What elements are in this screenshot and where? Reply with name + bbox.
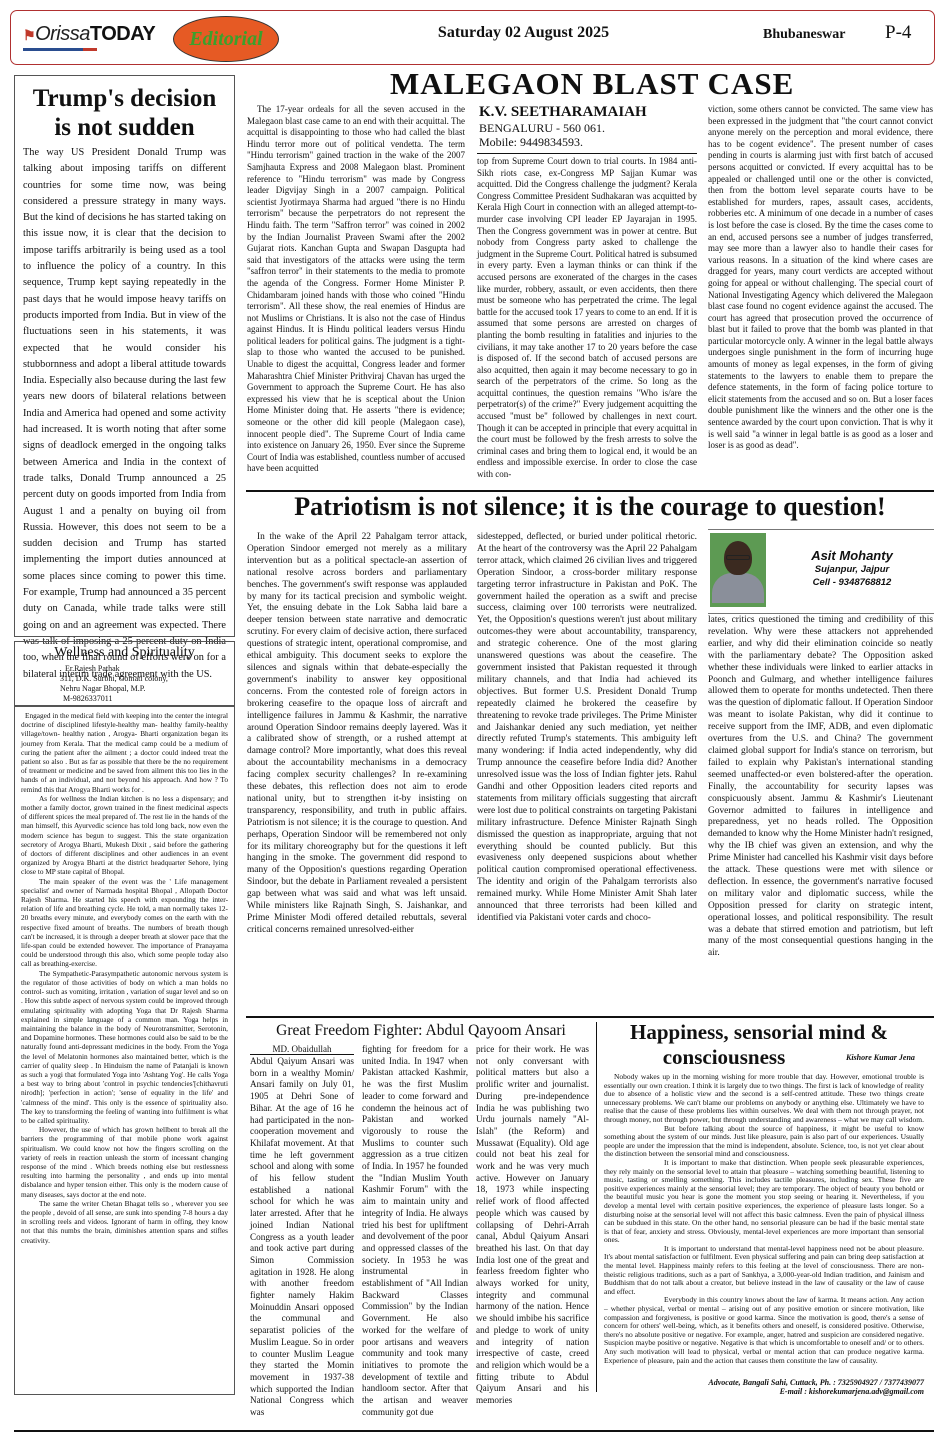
logo-underline [23, 48, 83, 51]
malegaon-author: K.V. SEETHARAMAIAH [477, 104, 697, 121]
malegaon-address: BENGALURU - 560 061. [477, 121, 697, 135]
patriotism-col-3: lates, critics questioned the timing and… [708, 615, 933, 960]
trump-body: The way US President Donald Trump was ta… [15, 142, 234, 683]
wellness-author: Er.Rajesh Pathak [60, 664, 234, 674]
editorial-badge: Editorial [173, 16, 279, 62]
author-divider [477, 153, 697, 154]
page-bottom-rule [14, 1430, 934, 1432]
author-box-top-rule [708, 529, 934, 530]
logo-underline-accent [83, 48, 97, 51]
malegaon-author-block: K.V. SEETHARAMAIAH BENGALURU - 560 061. … [477, 104, 697, 149]
page-number: P-4 [885, 22, 911, 44]
patriotism-headline: Patriotism is not silence; it is the cou… [246, 492, 934, 522]
ansari-col-1: Abdul Qaiyum Ansari was born in a wealth… [250, 1056, 354, 1419]
issue-date: Saturday 02 August 2025 [421, 24, 626, 42]
patriotism-author-block: Asit Mohanty Sujanpur, Jajpur Cell - 934… [772, 548, 932, 589]
wellness-body: Engaged in the medical field with keepin… [15, 707, 234, 1249]
malegaon-col-1: The 17-year ordeals for all the seven ac… [247, 104, 465, 475]
patriotism-author: Asit Mohanty [772, 548, 932, 563]
ansari-col-2: fighting for freedom for a united India.… [362, 1044, 468, 1419]
malegaon-col-3: viction, some others cannot be convicted… [708, 104, 933, 452]
author-photo [710, 533, 766, 607]
glasses-icon [726, 555, 750, 560]
malegaon-col-2: top from Supreme Court down to trial cou… [477, 156, 697, 481]
malegaon-mobile: Mobile: 9449834593. [477, 135, 697, 149]
ansari-col-3: price for their work. He was not only co… [476, 1044, 589, 1407]
newspaper-logo: ⚑OrissaTODAY [23, 23, 155, 46]
author-box-bottom-rule [708, 613, 934, 614]
wellness-headline: Wellness and Spirituality [15, 645, 234, 661]
happiness-contact: Advocate, Bangali Sahi, Cuttack, Ph. : 7… [604, 1378, 924, 1396]
happiness-headline: Happiness, sensorial mind & consciousnes… [604, 1020, 914, 1070]
happiness-author: Kishore Kumar Jena [846, 1053, 915, 1062]
trump-editorial-box: Trump's decision is not sudden The way U… [14, 75, 235, 637]
logo-flag-icon: ⚑ [23, 27, 35, 43]
happiness-body: Nobody wakes up in the morning wishing f… [604, 1073, 924, 1365]
section-divider-2 [246, 1016, 934, 1018]
wellness-body-box: Engaged in the medical field with keepin… [14, 706, 235, 1395]
masthead: ⚑OrissaTODAY Editorial Saturday 02 Augus… [10, 10, 935, 65]
malegaon-headline: MALEGAON BLAST CASE [390, 66, 790, 102]
patriotism-col-2: sidestepped, deflected, or buried under … [477, 532, 697, 925]
patriotism-col-1: In the wake of the April 22 Pahalgam ter… [247, 532, 467, 937]
ansari-author: MD. Obaidullah [250, 1044, 354, 1055]
trump-headline: Trump's decision is not sudden [15, 84, 234, 142]
column-divider [596, 1022, 597, 1392]
edition-city: Bhubaneswar [763, 27, 845, 43]
wellness-author-block: Er.Rajesh Pathak 311, D.K. Surbhi, Gomat… [15, 664, 234, 704]
ansari-headline: Great Freedom Fighter: Abdul Qayoom Ansa… [246, 1022, 596, 1040]
wellness-header-box: Wellness and Spirituality Er.Rajesh Path… [14, 641, 235, 706]
